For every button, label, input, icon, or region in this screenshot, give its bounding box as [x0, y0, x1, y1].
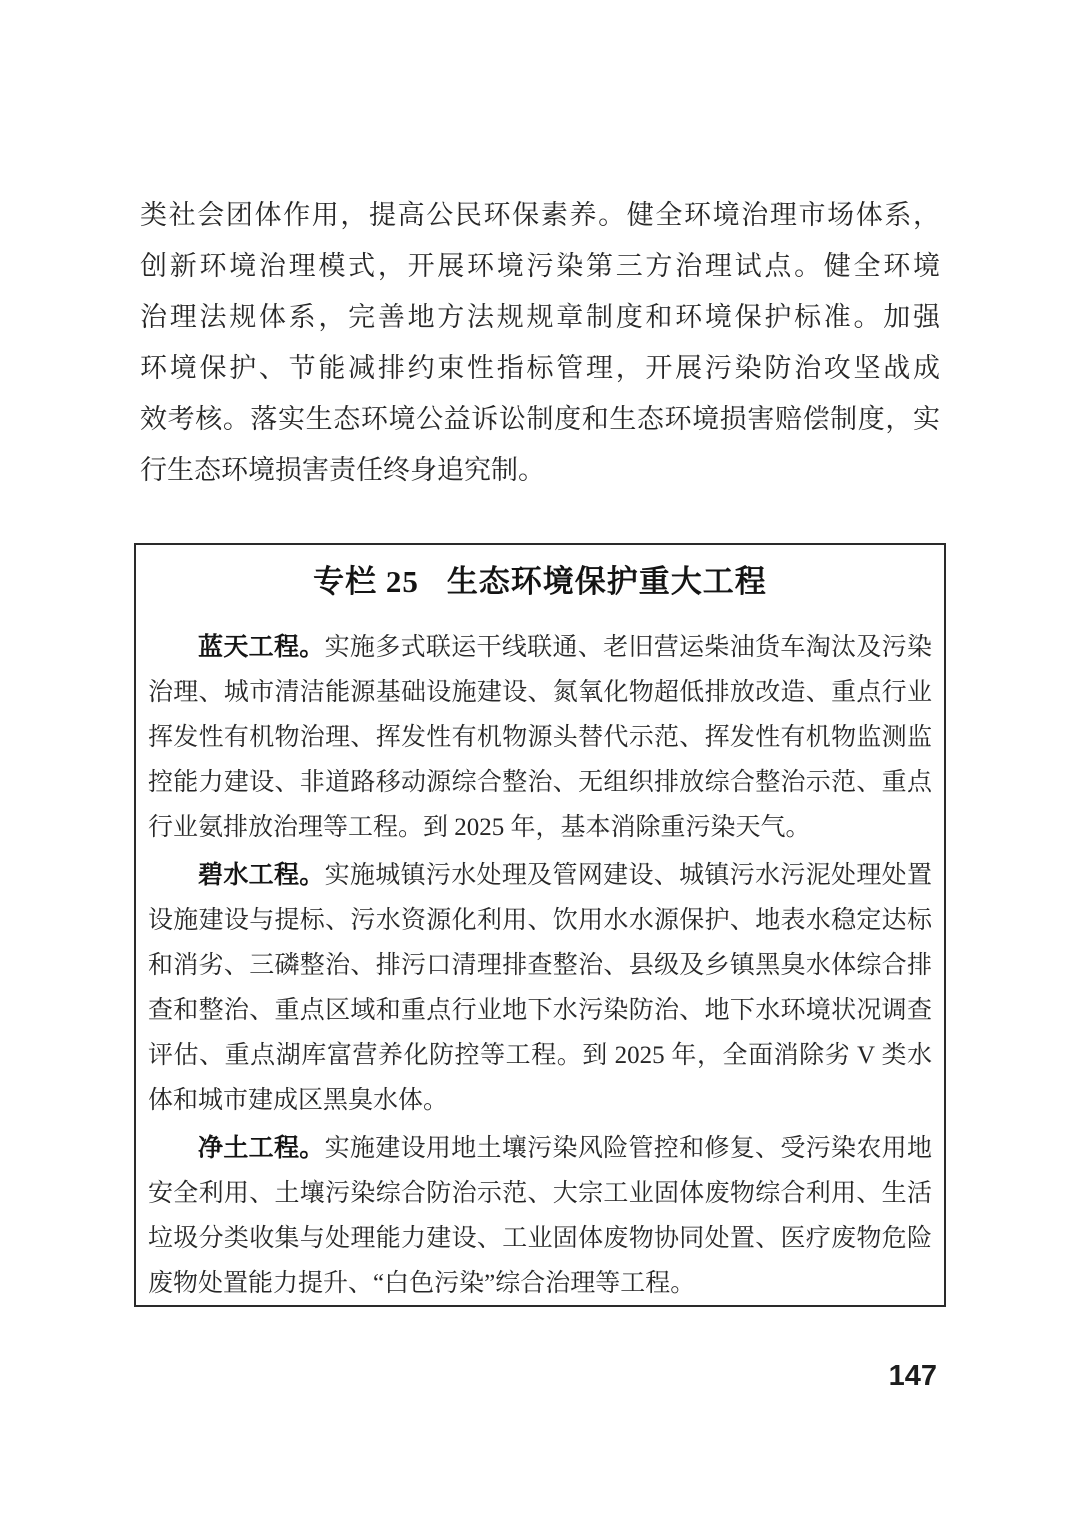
- body-text-line: 类社会团体作用，提高公民环保素养。健全环境治理市场体系，: [140, 190, 940, 241]
- paragraph-lead: 碧水工程。: [198, 862, 325, 889]
- document-page: 类社会团体作用，提高公民环保素养。健全环境治理市场体系， 创新环境治理模式，开展…: [0, 0, 1080, 1527]
- box-title: 专栏 25生态环境保护重大工程: [148, 557, 932, 607]
- box-text-line: 和消劣、三磷整治、排污口清理排查整治、县级及乡镇黑臭水体综合排: [148, 943, 932, 988]
- body-text-line: 创新环境治理模式，开展环境污染第三方治理试点。健全环境: [140, 241, 940, 292]
- box-text-line: 体和城市建成区黑臭水体。: [148, 1078, 932, 1123]
- box-text-line: 设施建设与提标、污水资源化利用、饮用水水源保护、地表水稳定达标: [148, 898, 932, 943]
- paragraph-text: 实施城镇污水处理及管网建设、城镇污水污泥处理处置: [325, 862, 932, 889]
- paragraph-lead: 净土工程。: [198, 1135, 325, 1162]
- paragraph-lead: 蓝天工程。: [198, 634, 325, 661]
- box-paragraph-clear-water: 碧水工程。实施城镇污水处理及管网建设、城镇污水污泥处理处置 设施建设与提标、污水…: [148, 853, 932, 1123]
- feature-box-column-25: 专栏 25生态环境保护重大工程 蓝天工程。实施多式联运干线联通、老旧营运柴油货车…: [134, 543, 946, 1307]
- box-text-line: 净土工程。实施建设用地土壤污染风险管控和修复、受污染农用地: [148, 1126, 932, 1171]
- paragraph-text: 实施建设用地土壤污染风险管控和修复、受污染农用地: [325, 1135, 932, 1162]
- body-text-line: 行生态环境损害责任终身追究制。: [140, 445, 940, 496]
- body-paragraph: 类社会团体作用，提高公民环保素养。健全环境治理市场体系， 创新环境治理模式，开展…: [140, 190, 940, 496]
- body-text-line: 效考核。落实生态环境公益诉讼制度和生态环境损害赔偿制度，实: [140, 394, 940, 445]
- box-text-line: 蓝天工程。实施多式联运干线联通、老旧营运柴油货车淘汰及污染: [148, 625, 932, 670]
- box-paragraph-clean-soil: 净土工程。实施建设用地土壤污染风险管控和修复、受污染农用地 安全利用、土壤污染综…: [148, 1126, 932, 1306]
- box-title-text: 生态环境保护重大工程: [447, 564, 767, 599]
- body-text-line: 环境保护、节能减排约束性指标管理，开展污染防治攻坚战成: [140, 343, 940, 394]
- body-text-line: 治理法规体系，完善地方法规规章制度和环境保护标准。加强: [140, 292, 940, 343]
- box-text-line: 评估、重点湖库富营养化防控等工程。到 2025 年，全面消除劣 V 类水: [148, 1033, 932, 1078]
- page-number: 147: [889, 1360, 937, 1393]
- box-paragraph-blue-sky: 蓝天工程。实施多式联运干线联通、老旧营运柴油货车淘汰及污染 治理、城市清洁能源基…: [148, 625, 932, 850]
- box-text-line: 行业氨排放治理等工程。到 2025 年，基本消除重污染天气。: [148, 805, 932, 850]
- box-text-line: 控能力建设、非道路移动源综合整治、无组织排放综合整治示范、重点: [148, 760, 932, 805]
- box-text-line: 垃圾分类收集与处理能力建设、工业固体废物协同处置、医疗废物危险: [148, 1216, 932, 1261]
- box-text-line: 安全利用、土壤污染综合防治示范、大宗工业固体废物综合利用、生活: [148, 1171, 932, 1216]
- box-text-line: 废物处置能力提升、“白色污染”综合治理等工程。: [148, 1261, 932, 1306]
- box-text-line: 查和整治、重点区域和重点行业地下水污染防治、地下水环境状况调查: [148, 988, 932, 1033]
- box-text-line: 挥发性有机物治理、挥发性有机物源头替代示范、挥发性有机物监测监: [148, 715, 932, 760]
- box-text-line: 治理、城市清洁能源基础设施建设、氮氧化物超低排放改造、重点行业: [148, 670, 932, 715]
- paragraph-text: 实施多式联运干线联通、老旧营运柴油货车淘汰及污染: [325, 634, 932, 661]
- box-label: 专栏 25: [313, 564, 419, 599]
- box-text-line: 碧水工程。实施城镇污水处理及管网建设、城镇污水污泥处理处置: [148, 853, 932, 898]
